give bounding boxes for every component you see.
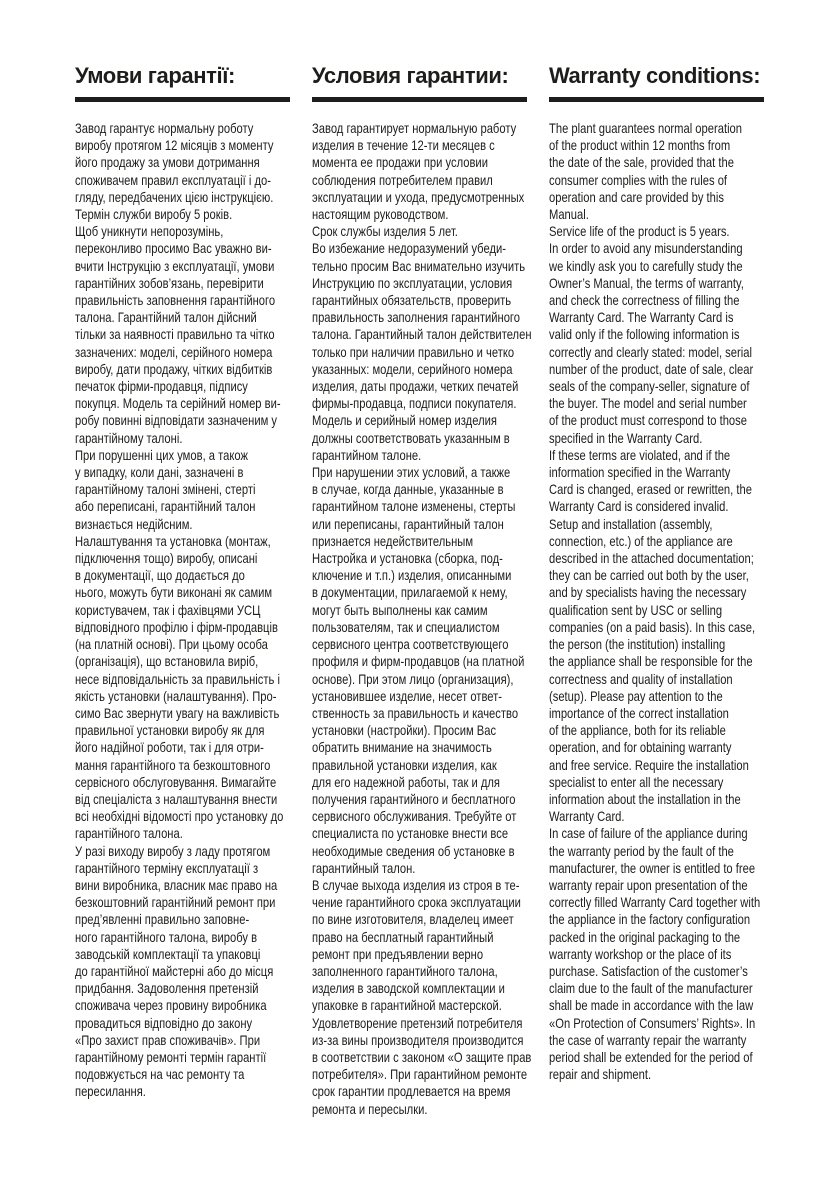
text-line: shall be made in accordance with the law — [549, 997, 721, 1014]
text-line: гарантійного терміну експлуатації з — [75, 860, 247, 877]
text-line: профиля и фирм-продавцов (на платной — [312, 653, 484, 670]
text-line: правильної установки виробу як для — [75, 722, 247, 739]
text-line: In case of failure of the appliance duri… — [549, 825, 721, 842]
text-line: в документации, прилагаемой к нему, — [312, 584, 484, 601]
text-line: Во избежание недоразумений убеди- — [312, 240, 484, 257]
text-line: правильной установки изделия, как — [312, 757, 484, 774]
text-line: споживача через провину виробника — [75, 997, 247, 1014]
text-line: Warranty Card is considered invalid. — [549, 498, 721, 515]
text-line: of the appliance, both for its reliable — [549, 722, 721, 739]
text-line: гляду, передбачених цією інструкцією. — [75, 189, 247, 206]
text-line: (на платній основі). При цьому особа — [75, 636, 247, 653]
text-line: пересилання. — [75, 1083, 247, 1100]
text-line: У разі виходу виробу з ладу протягом — [75, 843, 247, 860]
text-line: Warranty Card. The Warranty Card is — [549, 309, 721, 326]
text-line: указанных: модели, серийного номера — [312, 361, 484, 378]
text-line: правильність заповнення гарантійного — [75, 292, 247, 309]
text-line: consumer complies with the rules of — [549, 172, 721, 189]
text-line: the date of the sale, provided that the — [549, 154, 721, 171]
text-line: обратить внимание на значимость — [312, 739, 484, 756]
text-line: його продажу за умови дотримання — [75, 154, 247, 171]
text-line: право на бесплатный гарантийный — [312, 929, 484, 946]
text-line: valid only if the following information … — [549, 326, 721, 343]
text-line: нього, можуть бути виконані як самим — [75, 584, 247, 601]
text-line: зазначених: моделі, серійного номера — [75, 344, 247, 361]
text-line: В случае выхода изделия из строя в те- — [312, 877, 484, 894]
column-ukrainian: Умови гарантії: Завод гарантує нормальну… — [75, 62, 290, 1118]
text-line: гарантійного талона. — [75, 825, 247, 842]
text-line: information specified in the Warranty — [549, 464, 721, 481]
text-line: сервисного обслуживания. Требуйте от — [312, 808, 484, 825]
text-line: The plant guarantees normal operation — [549, 120, 721, 137]
text-line: the case of warranty repair the warranty — [549, 1032, 721, 1049]
text-line: гарантийный талон. — [312, 860, 484, 877]
text-line: споживачем правил експлуатації і до- — [75, 172, 247, 189]
text-line: сервисного центра соответствующего — [312, 636, 484, 653]
text-line: qualification sent by USC or selling — [549, 602, 721, 619]
text-line: Service life of the product is 5 years. — [549, 223, 721, 240]
body-text-ukrainian: Завод гарантує нормальну роботувиробу пр… — [75, 120, 290, 1101]
text-line: всі необхідні відомості про установку до — [75, 808, 247, 825]
text-line: провадиться відповідно до закону — [75, 1015, 247, 1032]
text-line: Завод гарантирует нормальную работу — [312, 120, 484, 137]
text-line: they can be carried out both by the user… — [549, 567, 721, 584]
text-line: ремонт при предъявлении верно — [312, 946, 484, 963]
text-line: the appliance in the factory configurati… — [549, 911, 721, 928]
text-line: його надійної роботи, так і для отри- — [75, 739, 247, 756]
text-line: гарантийном талоне изменены, стерты — [312, 498, 484, 515]
text-line: гарантийном талоне. — [312, 447, 484, 464]
text-line: specified in the Warranty Card. — [549, 430, 721, 447]
body-text-russian: Завод гарантирует нормальную работуиздел… — [312, 120, 527, 1118]
text-line: number of the product, date of sale, cle… — [549, 361, 721, 378]
text-line: Owner’s Manual, the terms of warranty, — [549, 275, 721, 292]
text-line: correctly and clearly stated: model, ser… — [549, 344, 721, 361]
text-line: необходимые сведения об установке в — [312, 843, 484, 860]
text-line: warranty repair upon presentation of the — [549, 877, 721, 894]
text-line: чение гарантийного срока эксплуатации — [312, 894, 484, 911]
text-line: виробу, дати продажу, чітких відбитків — [75, 361, 247, 378]
text-line: вчити Інструкцію з експлуатації, умови — [75, 258, 247, 275]
text-line: для его надежной работы, так и для — [312, 774, 484, 791]
text-line: печаток фірми-продавця, підпису — [75, 378, 247, 395]
document-page: Умови гарантії: Завод гарантує нормальну… — [0, 0, 839, 1191]
text-line: warranty workshop or the place of its — [549, 946, 721, 963]
text-line: изделия в заводской комплектации и — [312, 980, 484, 997]
text-line: до гарантійної майстерні або до місця — [75, 963, 247, 980]
text-line: якість установки (налаштування). Про- — [75, 688, 247, 705]
text-line: срок гарантии продлевается на время — [312, 1083, 484, 1100]
text-line: пред’явленні правильно заповне- — [75, 911, 247, 928]
text-line: Setup and installation (assembly, — [549, 516, 721, 533]
text-line: correctness and quality of installation — [549, 671, 721, 688]
text-line: безкоштовний гарантійний ремонт при — [75, 894, 247, 911]
text-line: the warranty period by the fault of the — [549, 843, 721, 860]
heading-rule — [75, 97, 290, 102]
text-line: Модель и серийный номер изделия — [312, 412, 484, 429]
text-line: (setup). Please pay attention to the — [549, 688, 721, 705]
heading-english: Warranty conditions: — [549, 62, 764, 89]
text-line: specialist to enter all the necessary — [549, 774, 721, 791]
text-line: При нарушении этих условий, а также — [312, 464, 484, 481]
text-line: гарантійних зобов’язань, перевірити — [75, 275, 247, 292]
text-line: пользователям, так и специалистом — [312, 619, 484, 636]
text-line: изделия, даты продажи, четких печатей — [312, 378, 484, 395]
columns-row: Умови гарантії: Завод гарантує нормальну… — [75, 62, 764, 1118]
text-line: claim due to the fault of the manufactur… — [549, 980, 721, 997]
text-line: If these terms are violated, and if the — [549, 447, 721, 464]
text-line: «Про захист прав споживачів». При — [75, 1032, 247, 1049]
text-line: визнається недійсним. — [75, 516, 247, 533]
text-line: Срок службы изделия 5 лет. — [312, 223, 484, 240]
text-line: виробу протягом 12 місяців з моменту — [75, 137, 247, 154]
text-line: ремонта и пересылки. — [312, 1101, 484, 1118]
text-line: только при наличии правильно и четко — [312, 344, 484, 361]
text-line: мання гарантійного та безкоштовного — [75, 757, 247, 774]
text-line: Удовлетворение претензий потребителя — [312, 1015, 484, 1032]
text-line: эксплуатации и ухода, предусмотренных — [312, 189, 484, 206]
text-line: repair and shipment. — [549, 1066, 721, 1083]
text-line: или переписаны, гарантийный талон — [312, 516, 484, 533]
text-line: у випадку, коли дані, зазначені в — [75, 464, 247, 481]
text-line: Card is changed, erased or rewritten, th… — [549, 481, 721, 498]
heading-russian: Условия гарантии: — [312, 62, 527, 89]
text-line: установившее изделие, несет ответ- — [312, 688, 484, 705]
text-line: сервісного обслуговування. Вимагайте — [75, 774, 247, 791]
text-line: установки (настройки). Просим Вас — [312, 722, 484, 739]
text-line: (організація), що встановила виріб, — [75, 653, 247, 670]
text-line: ственность за правильность и качество — [312, 705, 484, 722]
heading-rule — [312, 97, 527, 102]
text-line: должны соответствовать указанным в — [312, 430, 484, 447]
text-line: в документації, що додається до — [75, 567, 247, 584]
text-line: of the product must correspond to those — [549, 412, 721, 429]
text-line: відповідного профілю і фірм-продавців — [75, 619, 247, 636]
text-line: operation and care provided by this — [549, 189, 721, 206]
text-line: користувачем, так і фахівцями УСЦ — [75, 602, 247, 619]
text-line: тільки за наявності правильно та чітко — [75, 326, 247, 343]
text-line: and by specialists having the necessary — [549, 584, 721, 601]
text-line: гарантійному талоні. — [75, 430, 247, 447]
heading-ukrainian: Умови гарантії: — [75, 62, 290, 89]
text-line: специалиста по установке внести все — [312, 825, 484, 842]
text-line: Термін служби виробу 5 років. — [75, 206, 247, 223]
text-line: симо Вас звернути увагу на важливість — [75, 705, 247, 722]
text-line: заводській комплектації та упаковці — [75, 946, 247, 963]
text-line: ключение и т.п.) изделия, описанными — [312, 567, 484, 584]
text-line: гарантійному ремонті термін гарантії — [75, 1049, 247, 1066]
text-line: Manual. — [549, 206, 721, 223]
text-line: підключення тощо) виробу, описані — [75, 550, 247, 567]
text-line: the person (the institution) installing — [549, 636, 721, 653]
text-line: «On Protection of Consumers’ Rights». In — [549, 1015, 721, 1032]
text-line: в соответствии с законом «О защите прав — [312, 1049, 484, 1066]
text-line: вини виробника, власник має право на — [75, 877, 247, 894]
text-line: гарантийных обязательств, проверить — [312, 292, 484, 309]
text-line: талона. Гарантійний талон дійсний — [75, 309, 247, 326]
text-line: упаковке в гарантийной мастерской. — [312, 997, 484, 1014]
text-line: из-за вины производителя производится — [312, 1032, 484, 1049]
text-line: придбання. Задоволення претензій — [75, 980, 247, 997]
text-line: companies (on a paid basis). In this cas… — [549, 619, 721, 636]
text-line: або переписані, гарантійний талон — [75, 498, 247, 515]
text-line: могут быть выполнены как самим — [312, 602, 484, 619]
text-line: від спеціаліста з налаштування внести — [75, 791, 247, 808]
text-line: seals of the company-seller, signature o… — [549, 378, 721, 395]
text-line: по вине изготовителя, владелец имеет — [312, 911, 484, 928]
text-line: Налаштування та установка (монтаж, — [75, 533, 247, 550]
text-line: manufacturer, the owner is entitled to f… — [549, 860, 721, 877]
text-line: of the product within 12 months from — [549, 137, 721, 154]
text-line: соблюдения потребителем правил — [312, 172, 484, 189]
text-line: and free service. Require the installati… — [549, 757, 721, 774]
text-line: робу повинні відповідати зазначеним у — [75, 412, 247, 429]
text-line: connection, etc.) of the appliance are — [549, 533, 721, 550]
text-line: При порушенні цих умов, а також — [75, 447, 247, 464]
text-line: Щоб уникнути непорозумінь, — [75, 223, 247, 240]
text-line: правильность заполнения гарантийного — [312, 309, 484, 326]
text-line: гарантійному талоні змінені, стерті — [75, 481, 247, 498]
body-text-english: The plant guarantees normal operationof … — [549, 120, 764, 1083]
text-line: талона. Гарантийный талон действителен — [312, 326, 484, 343]
text-line: Warranty Card. — [549, 808, 721, 825]
text-line: operation, and for obtaining warranty — [549, 739, 721, 756]
text-line: Завод гарантує нормальну роботу — [75, 120, 247, 137]
text-line: In order to avoid any misunderstanding — [549, 240, 721, 257]
text-line: purchase. Satisfaction of the customer’s — [549, 963, 721, 980]
text-line: information about the installation in th… — [549, 791, 721, 808]
text-line: изделия в течение 12-ти месяцев с — [312, 137, 484, 154]
text-line: основе). При этом лицо (организация), — [312, 671, 484, 688]
text-line: тельно просим Вас внимательно изучить — [312, 258, 484, 275]
text-line: потребителя». При гарантийном ремонте — [312, 1066, 484, 1083]
text-line: признается недействительным — [312, 533, 484, 550]
text-line: момента ее продажи при условии — [312, 154, 484, 171]
text-line: фирмы-продавца, подписи покупателя. — [312, 395, 484, 412]
text-line: packed in the original packaging to the — [549, 929, 721, 946]
text-line: we kindly ask you to carefully study the — [549, 258, 721, 275]
text-line: described in the attached documentation; — [549, 550, 721, 567]
text-line: importance of the correct installation — [549, 705, 721, 722]
text-line: Инструкцию по эксплуатации, условия — [312, 275, 484, 292]
text-line: correctly filled Warranty Card together … — [549, 894, 721, 911]
text-line: получения гарантийного и бесплатного — [312, 791, 484, 808]
text-line: несе відповідальність за правильність і — [75, 671, 247, 688]
text-line: the buyer. The model and serial number — [549, 395, 721, 412]
text-line: and check the correctness of filling the — [549, 292, 721, 309]
text-line: ного гарантійного талона, виробу в — [75, 929, 247, 946]
column-russian: Условия гарантии: Завод гарантирует норм… — [312, 62, 527, 1118]
text-line: the appliance shall be responsible for t… — [549, 653, 721, 670]
text-line: period shall be extended for the period … — [549, 1049, 721, 1066]
heading-rule — [549, 97, 764, 102]
text-line: переконливо просимо Вас уважно ви- — [75, 240, 247, 257]
text-line: подовжується на час ремонту та — [75, 1066, 247, 1083]
text-line: заполненного гарантийного талона, — [312, 963, 484, 980]
text-line: Настройка и установка (сборка, под- — [312, 550, 484, 567]
column-english: Warranty conditions: The plant guarantee… — [549, 62, 764, 1118]
text-line: в случае, когда данные, указанные в — [312, 481, 484, 498]
text-line: покупця. Модель та серійний номер ви- — [75, 395, 247, 412]
text-line: настоящим руководством. — [312, 206, 484, 223]
